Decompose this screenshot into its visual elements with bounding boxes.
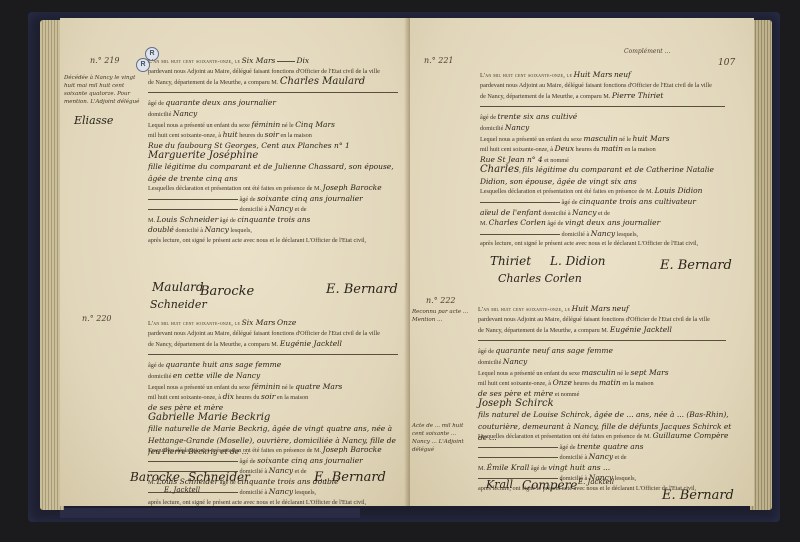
label: domicilié xyxy=(480,125,503,132)
label: en la maison xyxy=(277,394,308,401)
signature: Krall xyxy=(486,478,513,491)
label: âgé de xyxy=(240,458,256,465)
witness2-age: vingt huit ans ... xyxy=(548,463,610,472)
birth-period: matin xyxy=(601,144,623,153)
child-name: Charles xyxy=(480,164,519,175)
signature: Schneider xyxy=(188,470,250,484)
label: lesquels, xyxy=(615,475,636,482)
label: domicilié xyxy=(148,373,171,380)
label: mil huit cent soixante-onze, à xyxy=(148,394,221,401)
declarant-age: quarante deux ans journalier xyxy=(166,98,276,107)
act-day: Huit Mars xyxy=(574,70,613,79)
declarant-age: quarante neuf ans sage femme xyxy=(496,346,613,355)
label: domicilié xyxy=(478,359,501,366)
label: domicilié xyxy=(148,111,171,118)
label: après lecture, ont signé le présent acte… xyxy=(148,237,304,244)
template-line: de Nancy, département de la Meurthe, a c… xyxy=(148,79,278,86)
birth-hour: huit xyxy=(223,130,238,139)
child-description: fille légitime du comparant et de Julien… xyxy=(148,162,394,183)
label: domicilié à xyxy=(175,227,203,234)
label: mil huit cent soixante-onze, à xyxy=(148,132,221,139)
witness1-domicile: Nancy xyxy=(269,204,293,213)
label: après lecture, ont signé le présent acte… xyxy=(148,499,304,506)
label: nous a présenté un enfant du sexe xyxy=(497,370,580,377)
witness1-domicile: Nancy xyxy=(572,208,596,217)
witness1-age: soixante cinq ans journalier xyxy=(257,194,363,203)
label: domicilié à xyxy=(543,210,571,217)
label: Lequel xyxy=(478,370,495,377)
label: domicilié à xyxy=(560,454,588,461)
label: né le xyxy=(619,136,631,143)
act-day: Six Mars xyxy=(242,56,276,65)
label: domicilié à xyxy=(562,231,590,238)
label: âgé de xyxy=(148,362,164,369)
margin-signature: Eliasse xyxy=(74,114,113,127)
witness2-occupation: doublé xyxy=(148,225,174,234)
label: Lesquelles déclaration et présentation o… xyxy=(148,185,321,192)
witness2-domicile: Nancy xyxy=(205,225,229,234)
label: après lecture, ont signé le présent acte… xyxy=(480,240,636,247)
label: nous a présenté un enfant du sexe xyxy=(499,136,582,143)
birth-date: Cinq Mars xyxy=(295,120,335,129)
act-day: Huit Mars xyxy=(572,304,611,313)
witness1-age: trente quatre ans xyxy=(577,442,643,451)
signature: E. Jacktell xyxy=(164,486,200,494)
signature: L. Didion xyxy=(550,254,606,268)
label: lesquels, xyxy=(230,227,251,234)
child-sex: féminin xyxy=(251,382,280,391)
label: heures du xyxy=(576,146,600,153)
act-number: n.° 221 xyxy=(424,56,454,65)
signature: Schneider xyxy=(150,298,207,311)
signature: Barocke xyxy=(130,470,180,484)
page-number: 107 xyxy=(718,58,735,68)
template-line: de Nancy, département de la Meurthe, a c… xyxy=(478,327,608,334)
label: Lequel xyxy=(480,136,497,143)
child-name: Joseph Schirck xyxy=(478,398,554,409)
label: mil huit cent soixante-onze, à xyxy=(478,380,551,387)
witness1-name: Joseph Barocke xyxy=(323,445,382,454)
declarant-domicile: Nancy xyxy=(503,357,527,366)
birth-hour: Onze xyxy=(553,378,572,387)
witness1-relation: aïeul de l'enfant xyxy=(480,208,541,217)
child-sex: masculin xyxy=(583,134,617,143)
label: âgé de xyxy=(220,217,236,224)
template-line: pardevant nous Adjoint au Maire, délégué… xyxy=(148,68,380,75)
act-hour: neuf xyxy=(612,304,629,313)
label: âgé de xyxy=(547,220,563,227)
label: domicilié à xyxy=(240,206,268,213)
label: nous a présenté un enfant du sexe xyxy=(167,384,250,391)
label: âgé de xyxy=(560,444,576,451)
birth-period: soir xyxy=(265,130,279,139)
label: et nommé xyxy=(544,157,569,164)
witness2-domicile: Nancy xyxy=(269,487,293,496)
label: Lesquelles déclaration et présentation o… xyxy=(480,188,653,195)
birth-act-222: L'an mil huit cent soixante-onze, le Hui… xyxy=(478,304,732,495)
label: L'Officier de l'Etat civil, xyxy=(306,237,366,244)
witness1-age: cinquante trois ans cultivateur xyxy=(579,197,696,206)
act-day: Six Mars xyxy=(242,318,276,327)
template-line: pardevant nous Adjoint au Maire, délégué… xyxy=(480,82,712,89)
witness1-age: soixante cinq ans journalier xyxy=(257,456,363,465)
declarant-name: Charles Maulard xyxy=(280,76,365,87)
officer-signature: E. Bernard xyxy=(660,258,732,273)
witness2-name: Émile Krall xyxy=(487,463,530,472)
label: domicilié à xyxy=(240,489,268,496)
label: âgé de xyxy=(478,348,494,355)
act-intro: L'an mil huit cent soixante-onze, le xyxy=(148,58,240,65)
template-line: pardevant nous Adjoint au Maire, délégué… xyxy=(478,316,710,323)
declarant-domicile: Nancy xyxy=(173,109,197,118)
label: et nommé xyxy=(555,391,580,398)
child-sex: féminin xyxy=(251,120,280,129)
label: L'Officier de l'Etat civil, xyxy=(306,499,366,506)
label: Lesquelles déclaration et présentation o… xyxy=(148,447,321,454)
witness1-domicile: Nancy xyxy=(589,452,613,461)
birth-date: quatre Mars xyxy=(295,382,342,391)
label: et de xyxy=(615,454,627,461)
template-line: de Nancy, département de la Meurthe, a c… xyxy=(148,341,278,348)
witness2-name: Louis Schneider xyxy=(157,215,219,224)
witness2-domicile: Nancy xyxy=(591,229,615,238)
declarant-name: Pierre Thiriet xyxy=(612,91,664,100)
label: lesquels, xyxy=(617,231,638,238)
margin-annotation: Acte de ... mil huit cent soixante ... N… xyxy=(412,422,474,454)
birth-date: sept Mars xyxy=(631,368,669,377)
child-name: Gabrielle Marie Beckrig xyxy=(148,412,270,423)
declarant-domicile: en cette ville de Nancy xyxy=(173,371,260,380)
birth-house: de ses père et mère xyxy=(478,389,553,398)
declarant-age: trente six ans cultivé xyxy=(498,112,578,121)
witness1-name: Guillaume Compère xyxy=(653,431,729,440)
birth-hour: dix xyxy=(223,392,234,401)
label: nous a présenté un enfant du sexe xyxy=(167,122,250,129)
officer-signature: E. Bernard xyxy=(326,282,398,297)
label: né le xyxy=(617,370,629,377)
label: en la maison xyxy=(624,146,655,153)
label: et de xyxy=(598,210,610,217)
signature: Thiriet xyxy=(490,254,531,268)
birth-act-219: L'an mil huit cent soixante-onze, le Six… xyxy=(148,56,404,247)
birth-act-221: L'an mil huit cent soixante-onze, le Hui… xyxy=(480,70,730,250)
label: Lesquelles déclaration et présentation o… xyxy=(478,433,651,440)
margin-annotation: Décédée à Nancy le vingt huit mai mil hu… xyxy=(64,74,146,106)
act-intro: L'an mil huit cent soixante-onze, le xyxy=(148,320,240,327)
birth-period: soir xyxy=(261,392,275,401)
label: âgé de xyxy=(148,100,164,107)
label: âgé de xyxy=(240,196,256,203)
signature: Maulard xyxy=(152,280,204,294)
margin-annotation: Reconnu par acte ... Mention ... xyxy=(412,308,472,324)
label: âgé de xyxy=(480,114,496,121)
label: en la maison xyxy=(622,380,653,387)
witness1-domicile: Nancy xyxy=(269,466,293,475)
birth-period: matin xyxy=(599,378,621,387)
label: et de xyxy=(295,206,307,213)
birth-house: Rue St Jean n° 4 xyxy=(480,155,543,164)
label: L'Officier de l'Etat civil, xyxy=(638,240,698,247)
birth-house: Rue du faubourg St Georges, Cent aux Pla… xyxy=(148,141,350,150)
act-intro: L'an mil huit cent soixante-onze, le xyxy=(480,72,572,79)
label: né le xyxy=(282,122,294,129)
birth-hour: Deux xyxy=(555,144,575,153)
right-page: Complément ... 107 n.° 221 L'an mil huit… xyxy=(410,18,754,506)
label: heures du xyxy=(239,132,263,139)
label: Lequel xyxy=(148,384,165,391)
template-line: pardevant nous Adjoint au Maire, délégué… xyxy=(148,330,380,337)
label: en la maison xyxy=(281,132,312,139)
act-number: n.° 222 xyxy=(426,296,456,305)
signature: Barocke xyxy=(200,284,254,299)
cover-binding-strip xyxy=(60,508,360,518)
officer-signature: E. Bernard xyxy=(662,488,734,503)
witness1-name: Louis Didion xyxy=(655,186,703,195)
birth-date: huit Mars xyxy=(633,134,670,143)
act-hour: Dix xyxy=(296,56,309,65)
declarant-name: Eugénie Jacktell xyxy=(610,325,672,334)
label: Lequel xyxy=(148,122,165,129)
officer-signature: E. Bernard xyxy=(314,470,386,485)
declarant-age: quarante huit ans sage femme xyxy=(166,360,282,369)
left-page: n.° 219 R R Décédée à Nancy le vingt hui… xyxy=(60,18,410,506)
signature: Compère xyxy=(522,478,577,492)
label: et de xyxy=(295,468,307,475)
act-hour: Onze xyxy=(277,318,296,327)
signature: E. Jacktell xyxy=(578,478,614,486)
declarant-domicile: Nancy xyxy=(505,123,529,132)
template-line: de Nancy, département de la Meurthe, a c… xyxy=(480,93,610,100)
birth-house: de ses père et mère xyxy=(148,403,223,412)
act-hour: neuf xyxy=(614,70,631,79)
label: né le xyxy=(282,384,294,391)
act-intro: L'an mil huit cent soixante-onze, le xyxy=(478,306,570,313)
top-note: Complément ... xyxy=(624,48,670,55)
witness2-age: vingt deux ans journalier xyxy=(565,218,660,227)
label: heures du xyxy=(236,394,260,401)
signature: Charles Corlen xyxy=(498,272,582,285)
label: âgé de xyxy=(562,199,578,206)
label: lesquels, xyxy=(295,489,316,496)
child-name: Marguerite Joséphine xyxy=(148,150,258,161)
act-number: n.° 220 xyxy=(82,314,112,323)
child-sex: masculin xyxy=(581,368,615,377)
label: âgé de xyxy=(531,465,547,472)
witness1-name: Joseph Barocke xyxy=(323,183,382,192)
act-number: n.° 219 xyxy=(90,56,120,65)
witness2-name: Charles Corlen xyxy=(489,218,546,227)
witness2-age: cinquante trois ans xyxy=(237,215,310,224)
label: heures du xyxy=(574,380,598,387)
label: mil huit cent soixante-onze, à xyxy=(480,146,553,153)
declarant-name: Eugénie Jacktell xyxy=(280,339,342,348)
